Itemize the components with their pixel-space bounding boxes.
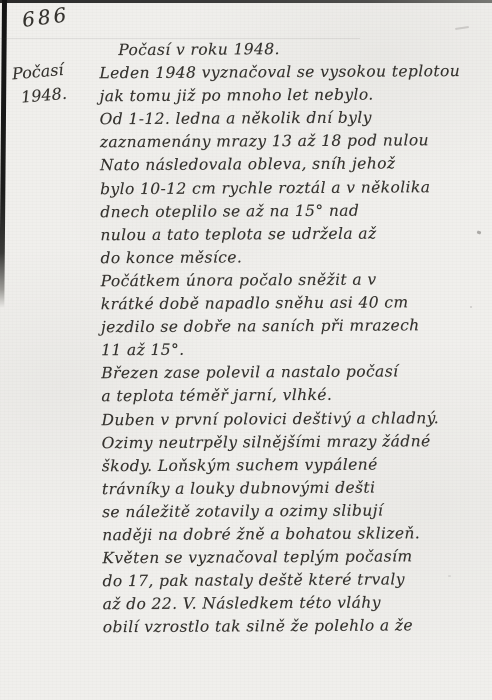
handwritten-line: Duben v první polovici deštivý a chladný… [101,408,485,433]
handwritten-line: Květen se vyznačoval teplým počasím [102,547,486,572]
scan-edge-top [0,0,492,3]
handwritten-line: Březen zase polevil a nastalo počasí [101,362,485,387]
handwritten-line: bylo 10-12 cm rychle roztál a v několika [100,177,484,202]
margin-note-line2: 1948. [13,82,68,111]
handwritten-line: krátké době napadlo sněhu asi 40 cm [101,293,485,318]
paper-speck [455,26,469,30]
handwritten-line: Leden 1948 vyznačoval se vysokou teploto… [99,62,483,87]
handwritten-line: obilí vzrostlo tak silně že polehlo a že [103,616,487,641]
handwritten-line: Počátkem února počalo sněžit a v [101,270,485,295]
paper-crease [0,38,360,39]
handwritten-text-block: Počasí v roku 1948. Leden 1948 vyznačova… [99,39,487,642]
handwritten-line: Od 1-12. ledna a několik dní byly [100,108,484,133]
handwritten-line: do 17, pak nastaly deště které trvaly [102,570,486,595]
page-number: 686 [21,2,71,32]
handwritten-line: až do 22. V. Následkem této vláhy [103,593,487,618]
handwritten-line: zaznamenány mrazy 13 až 18 pod nulou [100,131,484,156]
scan-binding-shadow [0,0,7,308]
handwritten-line: se náležitě zotavily a ozimy slibují [102,501,486,526]
handwritten-line: 11 až 15°. [101,339,485,364]
handwritten-line: jak tomu již po mnoho let nebylo. [99,85,483,110]
handwritten-line: trávníky a louky dubnovými dešti [102,478,486,503]
handwritten-line: dnech oteplilo se až na 15° nad [100,200,484,225]
margin-note: Počasí 1948. [11,58,68,110]
handwritten-line: a teplota téměř jarní, vlhké. [101,385,485,410]
handwritten-line: Ozimy neutrpěly silnějšími mrazy žádné [102,431,486,456]
handwritten-line: do konce měsíce. [100,247,484,272]
handwritten-line: naději na dobré žně a bohatou sklizeň. [102,524,486,549]
handwritten-line: nulou a tato teplota se udržela až [100,224,484,249]
handwritten-line: Nato následovala obleva, sníh jehož [100,154,484,179]
scanned-chronicle-page: 686 Počasí 1948. Počasí v roku 1948. Led… [0,0,492,700]
handwritten-line: škody. Loňským suchem vypálené [102,455,486,480]
handwritten-line-title: Počasí v roku 1948. [99,39,483,64]
handwritten-line: jezdilo se dobře na saních při mrazech [101,316,485,341]
